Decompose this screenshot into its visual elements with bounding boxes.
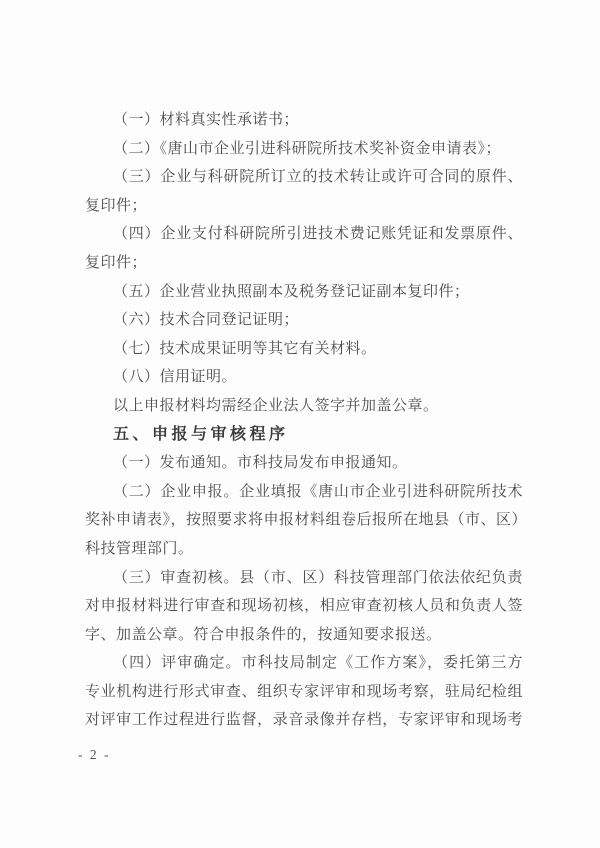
doc-line: （八）信用证明。 <box>85 363 523 392</box>
doc-line: 字、加盖公章。符合申报条件的，按通知要求报送。 <box>85 621 523 650</box>
doc-line: 专业机构进行形式审查、组织专家评审和现场考察，驻局纪检组 <box>85 678 523 707</box>
doc-line: 科技管理部门。 <box>85 535 523 564</box>
doc-line: （四）企业支付科研院所引进技术费记账凭证和发票原件、 <box>85 220 523 249</box>
doc-line: 复印件； <box>85 192 523 221</box>
section-heading: 五、申报与审核程序 <box>85 421 523 450</box>
doc-line: （四）评审确定。市科技局制定《工作方案》，委托第三方 <box>85 649 523 678</box>
doc-line: （三）审查初核。县（市、区）科技管理部门依法依纪负责 <box>85 564 523 593</box>
doc-line: 以上申报材料均需经企业法人签字并加盖公章。 <box>85 392 523 421</box>
document-page: （一）材料真实性承诺书； （二）《唐山市企业引进科研院所技术奖补资金申请表》； … <box>0 0 600 848</box>
page-number: - 2 - <box>78 747 111 763</box>
doc-line: （七）技术成果证明等其它有关材料。 <box>85 335 523 364</box>
doc-line: 对申报材料进行审查和现场初核，相应审查初核人员和负责人签 <box>85 592 523 621</box>
doc-line: （二）企业申报。企业填报《唐山市企业引进科研院所技术 <box>85 478 523 507</box>
doc-line: （六）技术合同登记证明； <box>85 306 523 335</box>
doc-line: （五）企业营业执照副本及税务登记证副本复印件； <box>85 278 523 307</box>
doc-line: （一）发布通知。市科技局发布申报通知。 <box>85 449 523 478</box>
doc-line: 奖补申请表》，按照要求将申报材料组卷后报所在地县（市、区） <box>85 506 523 535</box>
doc-line: （一）材料真实性承诺书； <box>85 106 523 135</box>
doc-line: （三）企业与科研院所订立的技术转让或许可合同的原件、 <box>85 163 523 192</box>
doc-line: 复印件； <box>85 249 523 278</box>
document-body: （一）材料真实性承诺书； （二）《唐山市企业引进科研院所技术奖补资金申请表》； … <box>85 106 523 735</box>
doc-line: （二）《唐山市企业引进科研院所技术奖补资金申请表》； <box>85 135 523 164</box>
doc-line: 对评审工作过程进行监督，录音录像并存档，专家评审和现场考 <box>85 706 523 735</box>
